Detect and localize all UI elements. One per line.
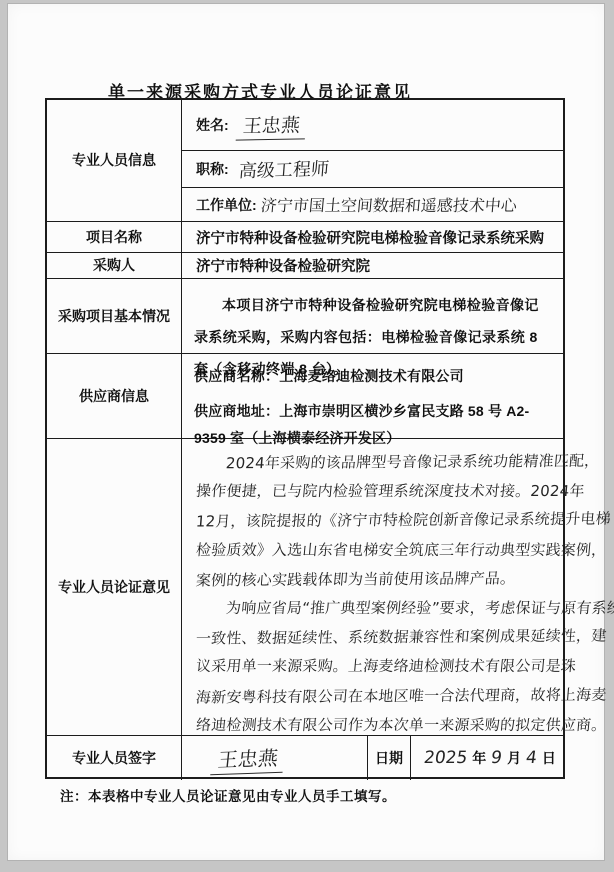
supplier-name-line: 供应商名称：上海麦络迪检测技术有限公司 xyxy=(194,363,551,390)
row-supplier-info: 供应商信息 供应商名称：上海麦络迪检测技术有限公司 供应商地址：上海市崇明区横沙… xyxy=(47,354,563,439)
personnel-info-label: 专业人员信息 xyxy=(47,100,182,221)
personnel-info-cell: 姓名: 王忠燕 职称: 高级工程师 工作单位: 济宁市国土空间数据和遥感技术中心 xyxy=(182,100,563,221)
opinion-line: 案例的核心实践载体即为当前使用该品牌产品。 xyxy=(195,563,614,595)
row-project-name: 项目名称 济宁市特种设备检验研究院电梯检验音像记录系统采购 xyxy=(47,222,563,253)
work-unit-subrow: 工作单位: 济宁市国土空间数据和遥感技术中心 xyxy=(182,188,563,221)
purchaser-label: 采购人 xyxy=(47,253,182,278)
supplier-info-cell: 供应商名称：上海麦络迪检测技术有限公司 供应商地址：上海市崇明区横沙乡富民支路 … xyxy=(182,354,563,438)
date-day: 4 xyxy=(525,748,539,768)
supplier-info-label: 供应商信息 xyxy=(47,354,182,438)
form-table: 专业人员信息 姓名: 王忠燕 职称: 高级工程师 工作单位: 济宁市国土空间数据… xyxy=(45,98,565,779)
date-label: 日期 xyxy=(367,736,410,780)
opinion-line: 2024年采购的该品牌型号音像记录系统功能精准匹配， xyxy=(195,447,614,479)
date-month: 9 xyxy=(490,748,504,768)
opinion-line: 一致性、数据延续性、系统数据兼容性和案例成果延续性，建 xyxy=(195,622,614,654)
row-project-overview: 采购项目基本情况 本项目济宁市特种设备检验研究院电梯检验音像记录系统采购，采购内… xyxy=(47,279,563,354)
row-expert-opinion: 专业人员论证意见 2024年采购的该品牌型号音像记录系统功能精准匹配， 操作便捷… xyxy=(47,439,563,736)
row-signature: 专业人员签字 王忠燕 日期 2025 年 9 月 4 日 xyxy=(47,736,563,780)
footnote: 注：本表格中专业人员论证意见由专业人员手工填写。 xyxy=(60,785,396,805)
name-subrow: 姓名: 王忠燕 xyxy=(182,100,563,151)
signature-label: 专业人员签字 xyxy=(47,736,182,780)
row-personnel-info: 专业人员信息 姓名: 王忠燕 职称: 高级工程师 工作单位: 济宁市国土空间数据… xyxy=(47,100,563,222)
expert-opinion-cell: 2024年采购的该品牌型号音像记录系统功能精准匹配， 操作便捷，已与院内检验管理… xyxy=(182,439,614,735)
name-label: 姓名: xyxy=(196,115,229,135)
opinion-line: 海新安粤科技有限公司在本地区唯一合法代理商，故将上海麦 xyxy=(195,680,614,712)
opinion-line: 12月，该院提报的《济宁市特检院创新音像记录系统提升电梯 xyxy=(195,505,614,537)
opinion-line: 络迪检测技术有限公司作为本次单一来源采购的拟定供应商。 xyxy=(195,711,614,740)
work-unit-label: 工作单位: xyxy=(196,195,257,215)
project-name-value: 济宁市特种设备检验研究院电梯检验音像记录系统采购 xyxy=(182,222,563,252)
job-title-subrow: 职称: 高级工程师 xyxy=(182,151,563,188)
date-year: 2025 xyxy=(423,748,469,768)
project-name-label: 项目名称 xyxy=(47,222,182,252)
job-title-value: 高级工程师 xyxy=(238,155,330,183)
date-month-suffix: 月 xyxy=(507,748,521,768)
expert-opinion-label: 专业人员论证意见 xyxy=(47,439,182,735)
date-year-suffix: 年 xyxy=(472,748,486,768)
purchaser-value: 济宁市特种设备检验研究院 xyxy=(182,253,563,278)
signature-cell: 王忠燕 xyxy=(182,736,367,780)
project-overview-label: 采购项目基本情况 xyxy=(47,279,182,353)
job-title-label: 职称: xyxy=(196,159,229,179)
work-unit-value: 济宁市国土空间数据和遥感技术中心 xyxy=(260,193,518,216)
opinion-line: 为响应省局“推广典型案例经验”要求，考虑保证与原有系统 xyxy=(195,594,614,623)
opinion-line: 操作便捷，已与院内检验管理系统深度技术对接。2024年 xyxy=(195,477,614,506)
date-day-suffix: 日 xyxy=(542,748,556,768)
opinion-line: 议采用单一来源采购。上海麦络迪检测技术有限公司是珠 xyxy=(195,652,614,681)
document-page: 单一来源采购方式专业人员论证意见 专业人员信息 姓名: 王忠燕 职称: 高级工程… xyxy=(8,4,604,860)
opinion-line: 检验质效》入选山东省电梯安全筑底三年行动典型实践案例， xyxy=(195,536,614,565)
date-value-cell: 2025 年 9 月 4 日 xyxy=(410,736,563,780)
project-overview-cell: 本项目济宁市特种设备检验研究院电梯检验音像记录系统采购，采购内容包括：电梯检验音… xyxy=(182,279,563,353)
name-value: 王忠燕 xyxy=(235,110,307,140)
row-purchaser: 采购人 济宁市特种设备检验研究院 xyxy=(47,253,563,279)
signature-value: 王忠燕 xyxy=(210,741,286,774)
